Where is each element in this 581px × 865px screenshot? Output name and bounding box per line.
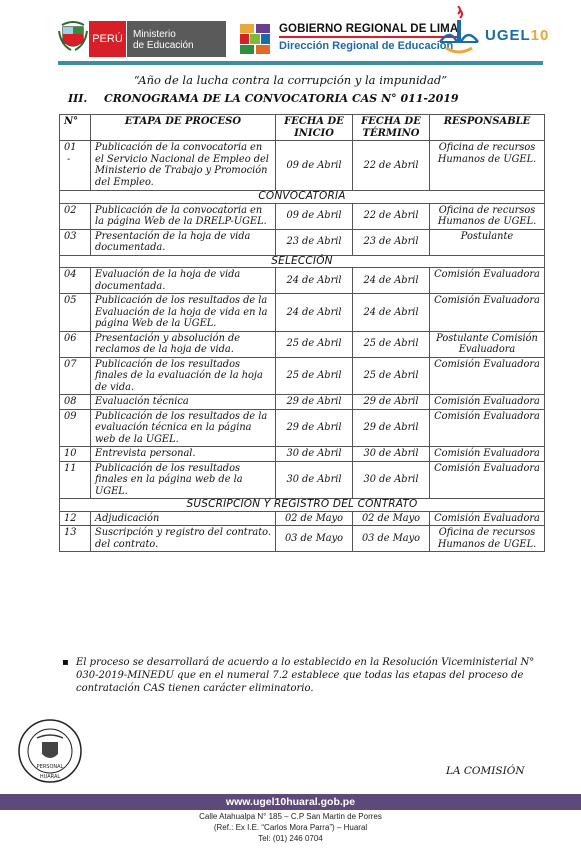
row-start-date: 30 de Abril <box>276 461 353 499</box>
section-heading: III.CRONOGRAMA DE LA CONVOCATORIA CAS N°… <box>68 92 459 105</box>
row-stage: Suscripción y registro del contrato. del… <box>91 526 276 552</box>
official-seal-icon: PERSONAL HUARAL <box>17 718 83 784</box>
ministry-line-1: Ministerio <box>133 29 226 40</box>
row-stage: Presentación y absolución de reclamos de… <box>91 331 276 357</box>
regional-government-logo-icon <box>238 22 272 56</box>
row-number: 01- <box>60 141 91 191</box>
ministry-line-2: de Educación <box>133 40 226 51</box>
row-end-date: 22 de Abril <box>353 141 430 191</box>
row-responsible: Comisión Evaluadora <box>430 268 545 294</box>
row-number: 09 <box>60 409 91 447</box>
header-number: N° <box>60 115 91 141</box>
row-stage: Publicación de los resultados finales de… <box>91 357 276 395</box>
gore-subtitle: Dirección Regional de Educación <box>279 40 458 52</box>
header-responsible: RESPONSABLE <box>430 115 545 141</box>
row-stage: Entrevista personal. <box>91 447 276 462</box>
row-responsible: Oficina de recursos Humanos de UGEL. <box>430 141 545 191</box>
row-number: 06 <box>60 331 91 357</box>
row-number: 04 <box>60 268 91 294</box>
row-number: 08 <box>60 395 91 410</box>
section-numeral: III. <box>68 92 104 105</box>
note-text: El proceso se desarrollará de acuerdo a … <box>76 657 534 694</box>
row-stage: Publicación de los resultados de la eval… <box>91 409 276 447</box>
peru-label: PERÚ <box>89 21 126 57</box>
row-responsible: Oficina de recursos Humanos de UGEL. <box>430 203 545 229</box>
row-responsible: Comisión Evaluadora <box>430 511 545 526</box>
section-row-convocatoria: CONVOCATORIA <box>60 191 545 204</box>
header-stage: ETAPA DE PROCESO <box>91 115 276 141</box>
row-responsible: Postulante <box>430 229 545 255</box>
row-stage: Publicación de la convocatoria en la pág… <box>91 203 276 229</box>
gore-title: GOBIERNO REGIONAL DE LIMA <box>279 23 458 38</box>
footer-phone: Tel: (01) 246 0704 <box>0 833 581 844</box>
table-row: 03Presentación de la hoja de vida docume… <box>60 229 545 255</box>
process-note: ▪ El proceso se desarrollará de acuerdo … <box>76 656 546 695</box>
row-number: 07 <box>60 357 91 395</box>
row-end-date: 29 de Abril <box>353 409 430 447</box>
row-number: 03 <box>60 229 91 255</box>
row-start-date: 29 de Abril <box>276 409 353 447</box>
row-responsible: Postulante Comisión Evaluadora <box>430 331 545 357</box>
row-responsible: Comisión Evaluadora <box>430 357 545 395</box>
row-end-date: 24 de Abril <box>353 294 430 332</box>
header-divider <box>58 61 543 65</box>
header-start-date: FECHA DE INICIO <box>276 115 353 141</box>
peru-coat-of-arms-icon <box>58 19 88 53</box>
table-row: 11Publicación de los resultados finales … <box>60 461 545 499</box>
header-end-date: FECHA DE TÉRMINO <box>353 115 430 141</box>
regional-government-name: GOBIERNO REGIONAL DE LIMA Dirección Regi… <box>279 23 458 52</box>
row-number: 11 <box>60 461 91 499</box>
table-row: 05Publicación de los resultados de la Ev… <box>60 294 545 332</box>
footer-website-link[interactable]: www.ugel10huaral.gob.pe <box>0 794 581 810</box>
table-row: 02Publicación de la convocatoria en la p… <box>60 203 545 229</box>
row-responsible: Comisión Evaluadora <box>430 461 545 499</box>
ugel-name: UGEL <box>485 27 531 44</box>
row-stage: Evaluación de la hoja de vida documentad… <box>91 268 276 294</box>
letterhead: PERÚ Ministerio de Educación GOBIERNO RE… <box>0 0 581 64</box>
row-start-date: 29 de Abril <box>276 395 353 410</box>
table-row: 12Adjudicación02 de Mayo02 de MayoComisi… <box>60 511 545 526</box>
row-responsible: Comisión Evaluadora <box>430 447 545 462</box>
row-start-date: 25 de Abril <box>276 357 353 395</box>
row-stage: Adjudicación <box>91 511 276 526</box>
row-responsible: Comisión Evaluadora <box>430 409 545 447</box>
row-stage: Publicación de la convocatoria en el Ser… <box>91 141 276 191</box>
signature-label: LA COMISIÓN <box>446 765 525 777</box>
section-row-seleccion: SELECCIÓN <box>60 255 545 268</box>
row-stage: Publicación de los resultados finales en… <box>91 461 276 499</box>
row-start-date: 09 de Abril <box>276 203 353 229</box>
row-end-date: 02 de Mayo <box>353 511 430 526</box>
ministry-label: Ministerio de Educación <box>127 21 226 57</box>
svg-text:HUARAL: HUARAL <box>40 774 61 780</box>
row-number: 02 <box>60 203 91 229</box>
row-end-date: 29 de Abril <box>353 395 430 410</box>
schedule-table: N° ETAPA DE PROCESO FECHA DE INICIO FECH… <box>59 114 545 552</box>
row-start-date: 30 de Abril <box>276 447 353 462</box>
row-start-date: 25 de Abril <box>276 331 353 357</box>
row-stage: Publicación de los resultados de la Eval… <box>91 294 276 332</box>
row-responsible: Comisión Evaluadora <box>430 395 545 410</box>
table-row: 04Evaluación de la hoja de vida document… <box>60 268 545 294</box>
table-row: 13Suscripción y registro del contrato. d… <box>60 526 545 552</box>
footer-contact: Calle Atahualpa N° 185 – C.P San Martin … <box>0 811 581 844</box>
row-responsible: Comisión Evaluadora <box>430 294 545 332</box>
bullet-icon: ▪ <box>62 656 69 669</box>
row-end-date: 25 de Abril <box>353 331 430 357</box>
row-end-date: 24 de Abril <box>353 268 430 294</box>
row-start-date: 24 de Abril <box>276 294 353 332</box>
footer-address: Calle Atahualpa N° 185 – C.P San Martin … <box>0 811 581 822</box>
row-end-date: 23 de Abril <box>353 229 430 255</box>
table-header-row: N° ETAPA DE PROCESO FECHA DE INICIO FECH… <box>60 115 545 141</box>
row-start-date: 23 de Abril <box>276 229 353 255</box>
table-row: 06Presentación y absolución de reclamos … <box>60 331 545 357</box>
section-title: CRONOGRAMA DE LA CONVOCATORIA CAS N° 011… <box>104 92 459 105</box>
table-row: 07Publicación de los resultados finales … <box>60 357 545 395</box>
row-stage: Presentación de la hoja de vida document… <box>91 229 276 255</box>
row-number: 12 <box>60 511 91 526</box>
table-row: 08Evaluación técnica29 de Abril29 de Abr… <box>60 395 545 410</box>
row-start-date: 09 de Abril <box>276 141 353 191</box>
table-row: 09Publicación de los resultados de la ev… <box>60 409 545 447</box>
row-end-date: 25 de Abril <box>353 357 430 395</box>
row-number: 10 <box>60 447 91 462</box>
row-responsible: Oficina de recursos Humanos de UGEL. <box>430 526 545 552</box>
row-end-date: 22 de Abril <box>353 203 430 229</box>
ugel-number: 10 <box>531 27 550 44</box>
section-row-contract: SUSCRIPCION Y REGISTRO DEL CONTRATO <box>60 499 545 512</box>
svg-text:PERSONAL: PERSONAL <box>37 764 64 770</box>
table-row: 10Entrevista personal.30 de Abril30 de A… <box>60 447 545 462</box>
row-stage: Evaluación técnica <box>91 395 276 410</box>
year-motto: “Año de la lucha contra la corrupción y … <box>0 73 581 87</box>
ugel-wordmark: UGEL10 <box>485 27 549 44</box>
row-end-date: 30 de Abril <box>353 447 430 462</box>
row-number: 05 <box>60 294 91 332</box>
row-start-date: 02 de Mayo <box>276 511 353 526</box>
row-end-date: 30 de Abril <box>353 461 430 499</box>
row-start-date: 24 de Abril <box>276 268 353 294</box>
footer-reference: (Ref.: Ex I.E. “Carlos Mora Parra”) – Hu… <box>0 822 581 833</box>
row-end-date: 03 de Mayo <box>353 526 430 552</box>
table-row: 01- Publicación de la convocatoria en el… <box>60 141 545 191</box>
row-start-date: 03 de Mayo <box>276 526 353 552</box>
row-number: 13 <box>60 526 91 552</box>
